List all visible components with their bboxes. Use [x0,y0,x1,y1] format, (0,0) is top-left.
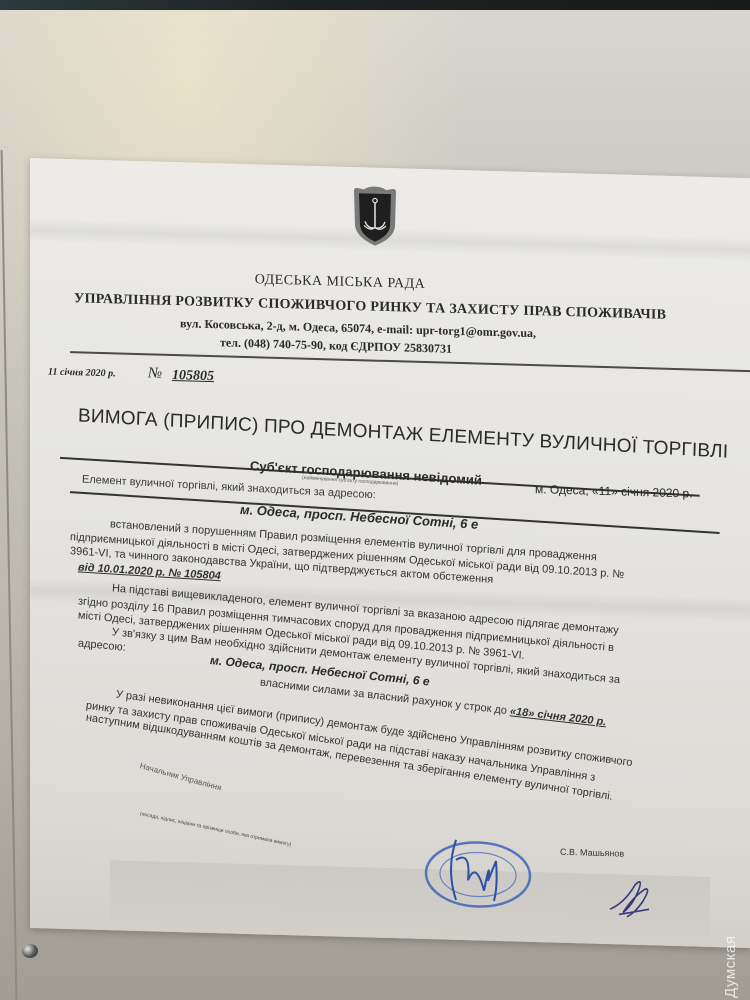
document-title: ВИМОГА (ПРИПИС) ПРО ДЕМОНТАЖ ЕЛЕМЕНТУ ВУ… [78,405,729,463]
document-number: 105805 [172,368,214,385]
document-number-label: № [148,365,162,382]
paragraph-line: адресою: [78,637,127,653]
city-and-date: м. Одеса, «11» січня 2020 р. [535,482,693,500]
signature-icon [605,874,655,925]
element-address: м. Одеса, просп. Небесної Сотні, 6 е [240,502,479,532]
removal-deadline: «18» січня 2020 р. [509,705,606,728]
notice-sheet: ОДЕСЬКА МІСЬКА РАДА УПРАВЛІННЯ РОЗВИТКУ … [30,158,750,948]
publisher-watermark: Думская [722,918,742,998]
signature-title: Начальник Управління [139,761,222,792]
screw-head [22,944,38,958]
door-top-frame [0,0,750,10]
department-phone: тел. (048) 740-75-90, код ЄДРПОУ 2583073… [220,335,452,356]
signer-name: С.В. Машьянов [560,847,624,859]
official-stamp-icon [416,829,534,912]
coat-of-arms-icon [350,185,400,248]
document-date: 11 січня 2020 р. [48,367,116,380]
recipient-signature-caption: (посада, підпис, ініціали та прізвище ос… [139,811,291,848]
